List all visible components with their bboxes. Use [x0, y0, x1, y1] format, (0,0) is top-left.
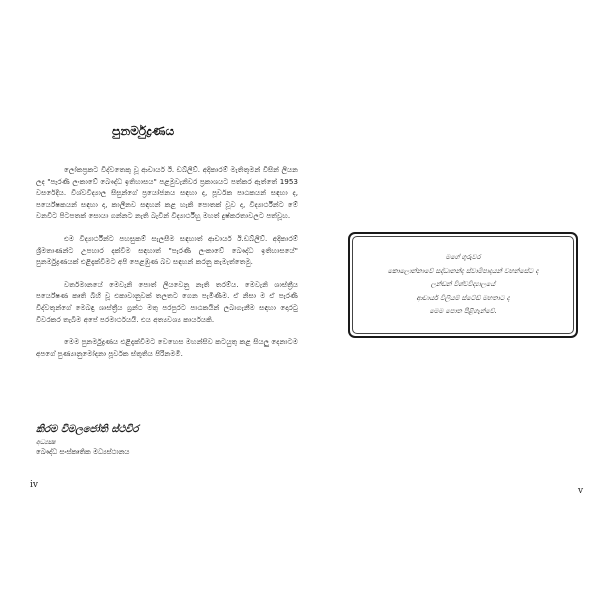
dedication-line: කොලොන්නාවේ සද්ධානන්ද ස්වාමිපාදයන් වහන්සේ…	[388, 265, 539, 279]
paragraph-4: මෙම පුනර්මුද්‍රණය එළිදැක්වීමට වෙහෙස මහන්…	[36, 336, 298, 359]
signatory-organization: බෞද්ධ සංස්කෘතික මධ්‍යස්ථානය	[36, 447, 286, 458]
page-number-right: v	[578, 486, 583, 496]
signature-block: කිරම විමලජෝති ස්ථවිර අධ්‍යක්‍ෂ බෞද්ධ සංස…	[36, 423, 286, 458]
paragraph-2: එම විද්‍යාර්ථීන්ට පහසුකම් සැලසීම සඳහාත් …	[36, 233, 298, 268]
preface-body: ලෝකප්‍රකට විද්වතෙකු වූ ආචාර්ය ඊ. ඩබ්ලිව්…	[36, 164, 298, 370]
right-page: මගේ ගුරුවර කොලොන්නාවේ සද්ධානන්ද ස්වාමිපා…	[300, 0, 599, 599]
left-page: පුනර්මුද්‍රණය ලෝකප්‍රකට විද්වතෙකු වූ ආචා…	[0, 0, 300, 599]
paragraph-1: ලෝකප්‍රකට විද්වතෙකු වූ ආචාර්ය ඊ. ඩබ්ලිව්…	[36, 164, 298, 222]
signatory-title: අධ්‍යක්‍ෂ	[36, 437, 286, 447]
dedication-text: මගේ ගුරුවර කොලොන්නාවේ සද්ධානන්ද ස්වාමිපා…	[352, 236, 574, 334]
dedication-line: ලන්ඩන් විශ්වවිද්‍යාලයේ	[431, 278, 495, 292]
page-heading: පුනර්මුද්‍රණය	[112, 124, 174, 139]
book-spread: පුනර්මුද්‍රණය ලෝකප්‍රකට විද්වතෙකු වූ ආචා…	[0, 0, 599, 599]
page-number-left: iv	[30, 480, 38, 490]
signatory-name: කිරම විමලජෝති ස්ථවිර	[36, 423, 286, 437]
paragraph-3: වර්තමානයේ මෙවැනි පොත් ලියවෙනු නැති තරම්ය…	[36, 279, 298, 325]
dedication-line: ආචාර්ය විලියම් ස්ටේඩ් මහතාට ද	[416, 292, 509, 306]
dedication-frame: මගේ ගුරුවර කොලොන්නාවේ සද්ධානන්ද ස්වාමිපා…	[348, 232, 578, 338]
dedication-line: මෙම පොත පිළිගැන්වේ.	[429, 305, 496, 319]
dedication-line: මගේ ගුරුවර	[446, 251, 481, 265]
